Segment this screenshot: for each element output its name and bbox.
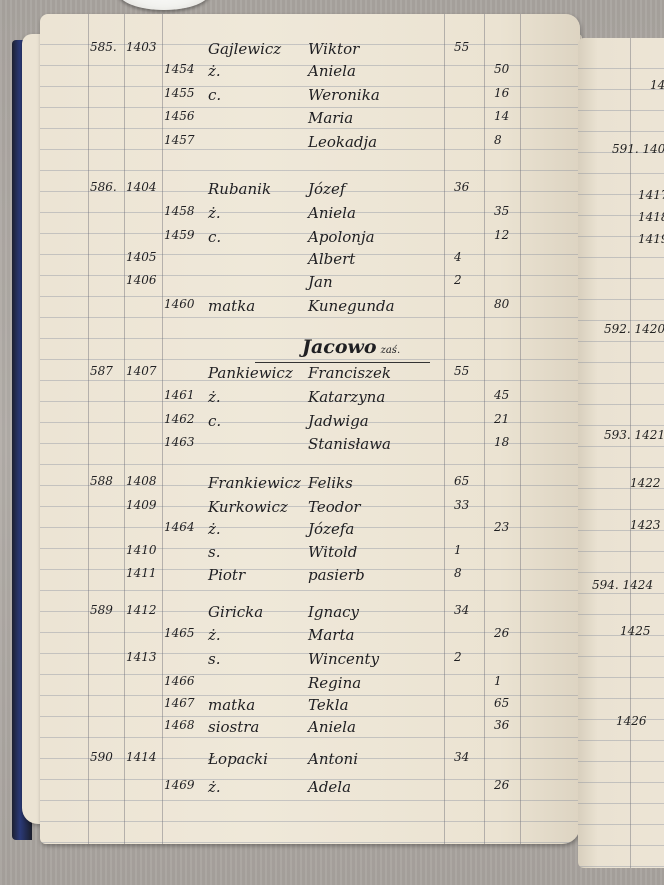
ledger-age-male: 55 <box>454 40 469 54</box>
ledger-age-female: 8 <box>494 133 502 147</box>
ledger-surname: Kurkowicz <box>208 498 288 516</box>
ledger-house-number: 589 <box>90 603 113 617</box>
ledger-age-female: 26 <box>494 626 509 640</box>
ledger-house-number: 588 <box>90 474 113 488</box>
ledger-given-name: Franciszek <box>308 364 391 382</box>
ledger-surname: s. <box>208 650 220 668</box>
ledger-given-name: Marta <box>308 626 354 644</box>
right-page-entry: 1426 <box>616 714 647 728</box>
heading-place-name: Jacowo <box>302 336 377 358</box>
ledger-person-number: 1405 <box>126 250 157 264</box>
ledger-age-female: 1 <box>494 674 502 688</box>
ledger-surname: Pankiewicz <box>208 364 293 382</box>
ledger-person-number: 1403 <box>126 40 157 54</box>
ledger-surname: siostra <box>208 718 259 736</box>
ledger-surname: matka <box>208 696 255 714</box>
ledger-given-name: Józefa <box>308 520 354 538</box>
ledger-given-name: Antoni <box>308 750 358 768</box>
ledger-person-number-female: 1455 <box>164 86 195 100</box>
ledger-person-number-female: 1464 <box>164 520 195 534</box>
ledger-person-number-female: 1456 <box>164 109 195 123</box>
ledger-given-name: Feliks <box>308 474 353 492</box>
ledger-given-name: Adela <box>308 778 351 796</box>
ledger-given-name: Leokadja <box>308 133 377 151</box>
ledger-given-name: Weronika <box>308 86 380 104</box>
ledger-age-male: 34 <box>454 750 469 764</box>
ledger-surname: ż. <box>208 626 221 644</box>
right-page-entry: 1425 <box>620 624 651 638</box>
ledger-age-female: 12 <box>494 228 509 242</box>
ledger-given-name: Jadwiga <box>308 412 369 430</box>
ledger-given-name: Teodor <box>308 498 361 516</box>
ledger-person-number-female: 1458 <box>164 204 195 218</box>
ledger-given-name: Stanisława <box>308 435 391 453</box>
right-page-entry: 141 <box>650 78 664 92</box>
ledger-person-number: 1411 <box>126 566 157 580</box>
ledger-age-female: 14 <box>494 109 509 123</box>
ledger-given-name: Kunegunda <box>308 297 395 315</box>
ledger-person-number: 1414 <box>126 750 157 764</box>
ledger-age-male: 8 <box>454 566 462 580</box>
ledger-given-name: Albert <box>308 250 355 268</box>
ledger-surname: s. <box>208 543 220 561</box>
ledger-given-name: pasierb <box>308 566 365 584</box>
ledger-given-name: Aniela <box>308 62 356 80</box>
ledger-person-number: 1409 <box>126 498 157 512</box>
ledger-surname: ż. <box>208 388 221 406</box>
ledger-given-name: Maria <box>308 109 353 127</box>
ledger-age-female: 21 <box>494 412 509 426</box>
left-ledger-page: 585.1403GajlewiczWiktor551454ż.Aniela501… <box>40 14 580 844</box>
heading-underline <box>255 362 430 363</box>
ledger-given-name: Józef <box>308 180 345 198</box>
ledger-given-name: Katarzyna <box>308 388 385 406</box>
ledger-age-female: 45 <box>494 388 509 402</box>
ruled-lines-right <box>578 38 664 868</box>
right-page-entry: 1418 <box>638 210 664 224</box>
ledger-person-number: 1412 <box>126 603 157 617</box>
ledger-age-female: 23 <box>494 520 509 534</box>
ledger-given-name: Regina <box>308 674 361 692</box>
ledger-person-number-female: 1463 <box>164 435 195 449</box>
ledger-person-number-female: 1465 <box>164 626 195 640</box>
ledger-person-number: 1410 <box>126 543 157 557</box>
right-page-entry: 1419 <box>638 232 664 246</box>
ledger-age-female: 36 <box>494 718 509 732</box>
ledger-surname: Rubanik <box>208 180 271 198</box>
right-page-entry: 1422 <box>630 476 661 490</box>
heading-suffix: zaś. <box>381 345 401 356</box>
ledger-person-number: 1404 <box>126 180 157 194</box>
ledger-surname: c. <box>208 228 221 246</box>
ledger-house-number: 585. <box>90 40 117 54</box>
ledger-surname: Giricka <box>208 603 263 621</box>
ledger-age-male: 33 <box>454 498 469 512</box>
ledger-house-number: 590 <box>90 750 113 764</box>
right-page-entry: 591. 140 <box>612 142 664 156</box>
ledger-age-female: 35 <box>494 204 509 218</box>
ledger-given-name: Aniela <box>308 204 356 222</box>
ledger-age-male: 65 <box>454 474 469 488</box>
ledger-age-male: 34 <box>454 603 469 617</box>
ledger-person-number-female: 1466 <box>164 674 195 688</box>
ledger-surname: Gajlewicz <box>208 40 281 58</box>
ledger-person-number-female: 1454 <box>164 62 195 76</box>
ledger-age-male: 55 <box>454 364 469 378</box>
ledger-age-male: 2 <box>454 273 462 287</box>
ledger-given-name: Aniela <box>308 718 356 736</box>
ledger-given-name: Ignacy <box>308 603 359 621</box>
ledger-person-number-female: 1459 <box>164 228 195 242</box>
column-divider-right-page <box>630 38 631 868</box>
ledger-person-number: 1407 <box>126 364 157 378</box>
ledger-age-male: 36 <box>454 180 469 194</box>
ledger-surname: c. <box>208 412 221 430</box>
ledger-person-number-female: 1467 <box>164 696 195 710</box>
ledger-age-female: 18 <box>494 435 509 449</box>
right-page-entry: 592. 1420 <box>604 322 664 336</box>
right-page-entry: 594. 1424 <box>592 578 653 592</box>
ledger-age-female: 16 <box>494 86 509 100</box>
ledger-age-female: 50 <box>494 62 509 76</box>
section-heading: Jacowozaś. <box>302 336 400 358</box>
ledger-entries: 585.1403GajlewiczWiktor551454ż.Aniela501… <box>40 14 580 844</box>
ledger-given-name: Jan <box>308 273 333 291</box>
right-page-entry: 593. 1421 <box>604 428 664 442</box>
ledger-person-number-female: 1460 <box>164 297 195 311</box>
ledger-surname: ż. <box>208 778 221 796</box>
ledger-surname: ż. <box>208 520 221 538</box>
ledger-age-female: 80 <box>494 297 509 311</box>
right-page-entry: 1423 <box>630 518 661 532</box>
ledger-person-number: 1408 <box>126 474 157 488</box>
ledger-surname: Piotr <box>208 566 245 584</box>
ledger-given-name: Wincenty <box>308 650 379 668</box>
ledger-surname: ż. <box>208 204 221 222</box>
ledger-person-number-female: 1461 <box>164 388 195 402</box>
ledger-surname: c. <box>208 86 221 104</box>
ledger-surname: ż. <box>208 62 221 80</box>
ledger-person-number-female: 1462 <box>164 412 195 426</box>
ledger-age-male: 1 <box>454 543 462 557</box>
ledger-age-female: 26 <box>494 778 509 792</box>
right-ledger-page: 141591. 140141714181419592. 1420593. 142… <box>578 38 664 868</box>
ledger-person-number: 1413 <box>126 650 157 664</box>
ledger-person-number-female: 1468 <box>164 718 195 732</box>
ledger-given-name: Wiktor <box>308 40 359 58</box>
ledger-house-number: 586. <box>90 180 117 194</box>
ledger-given-name: Apolonja <box>308 228 375 246</box>
ledger-person-number-female: 1469 <box>164 778 195 792</box>
ledger-surname: Łopacki <box>208 750 268 768</box>
ledger-given-name: Witold <box>308 543 357 561</box>
ledger-person-number-female: 1457 <box>164 133 195 147</box>
ledger-surname: matka <box>208 297 255 315</box>
ledger-age-male: 2 <box>454 650 462 664</box>
ledger-age-female: 65 <box>494 696 509 710</box>
ledger-given-name: Tekla <box>308 696 349 714</box>
ledger-age-male: 4 <box>454 250 462 264</box>
ledger-surname: Frankiewicz <box>208 474 301 492</box>
ledger-house-number: 587 <box>90 364 113 378</box>
right-page-entry: 1417 <box>638 188 664 202</box>
ledger-person-number: 1406 <box>126 273 157 287</box>
